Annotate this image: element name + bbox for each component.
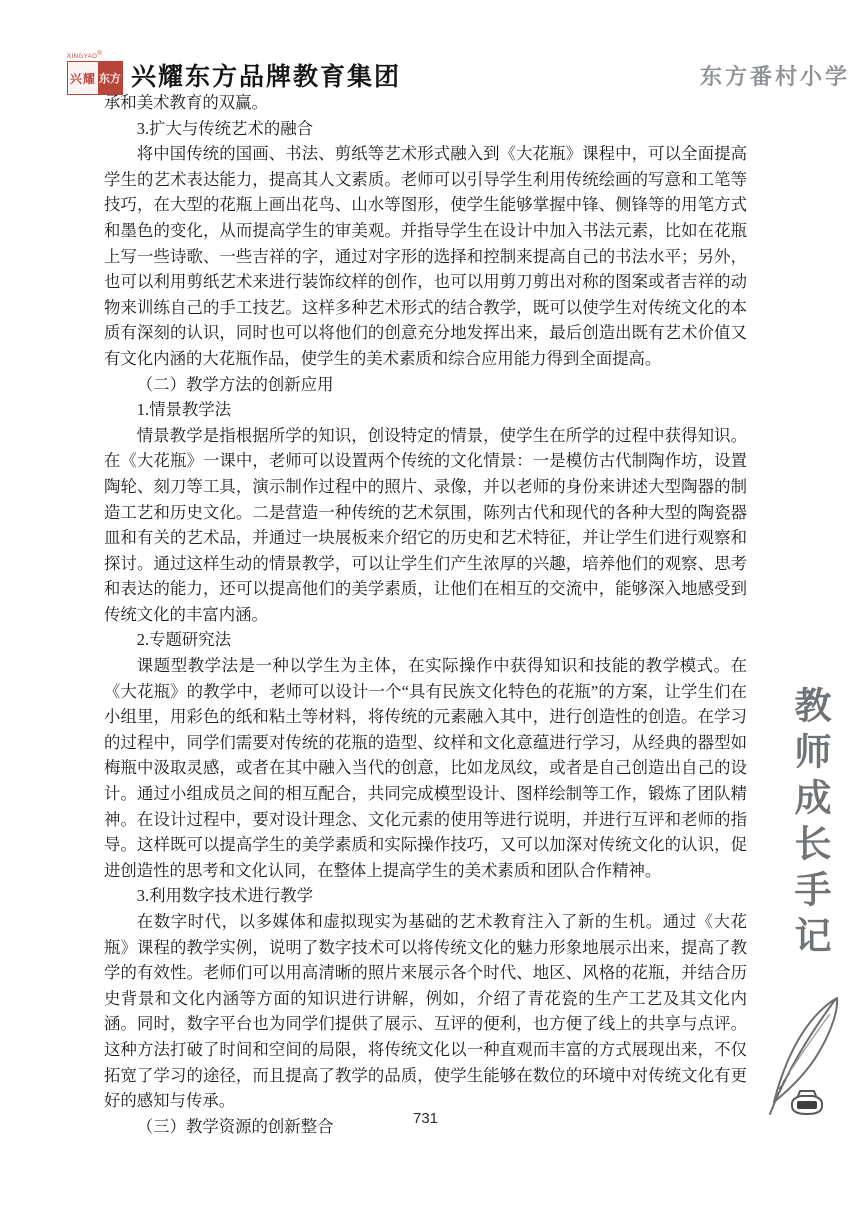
document-page: XINGYAO® 兴耀 东方 兴耀东方品牌教育集团 东方番村小学 承和美术教育的… bbox=[0, 0, 850, 1205]
paragraph: 将中国传统的国画、书法、剪纸等艺术形式融入到《大花瓶》课程中，可以全面提高学生的… bbox=[104, 141, 747, 371]
section-heading: （二）教学方法的创新应用 bbox=[104, 372, 747, 398]
school-name: 东方番村小学 bbox=[700, 60, 850, 91]
section-heading: 3.扩大与传统艺术的融合 bbox=[104, 116, 747, 142]
brand-title: 兴耀东方品牌教育集团 bbox=[131, 57, 401, 93]
logo-seal-left-text: 兴耀 bbox=[68, 62, 98, 94]
section-heading: 3.利用数字技术进行教学 bbox=[104, 883, 747, 909]
paragraph: 情景教学是指根据所学的知识，创设特定的情景，使学生在所学的过程中获得知识。在《大… bbox=[104, 423, 747, 628]
registered-mark-icon: ® bbox=[97, 51, 102, 57]
paragraph: 在数字时代，以多媒体和虚拟现实为基础的艺术教育注入了新的生机。通过《大花瓶》课程… bbox=[104, 909, 747, 1114]
quill-and-inkwell-icon bbox=[758, 992, 848, 1130]
document-body: 承和美术教育的双赢。 3.扩大与传统艺术的融合 将中国传统的国画、书法、剪纸等艺… bbox=[104, 90, 747, 1139]
logo-top-text: XINGYAO® bbox=[67, 50, 127, 61]
vertical-journal-title: 教师成长手记 bbox=[783, 686, 837, 962]
page-number: 731 bbox=[104, 1110, 747, 1127]
section-heading: 1.情景教学法 bbox=[104, 397, 747, 423]
paragraph: 课题型教学法是一种以学生为主体，在实际操作中获得知识和技能的教学模式。在《大花瓶… bbox=[104, 653, 747, 883]
section-heading: 2.专题研究法 bbox=[104, 627, 747, 653]
continuation-line: 承和美术教育的双赢。 bbox=[104, 90, 747, 116]
